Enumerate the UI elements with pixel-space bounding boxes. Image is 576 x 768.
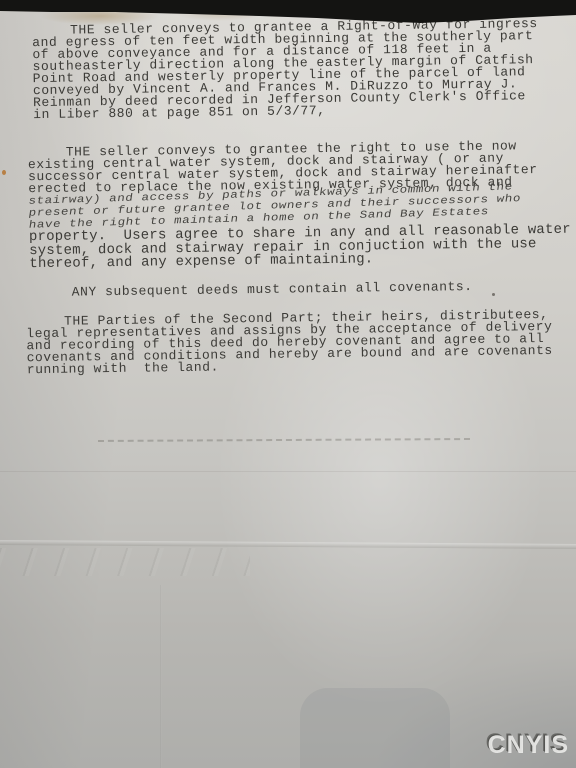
document-photo: THE seller conveys to grantee a Right-of…: [0, 0, 576, 768]
faint-horizontal-crease: [0, 471, 576, 472]
paragraph-right-of-way: THE seller conveys to grantee a Right-of…: [32, 18, 576, 122]
paper-stain-speck: [2, 170, 6, 175]
crinkle-texture: [0, 548, 250, 576]
watermark-cnyis: CNYIS: [488, 731, 569, 760]
paragraph-covenants-clause: ANY subsequent deeds must contain all co…: [34, 279, 576, 299]
faint-dashed-typewriter-line: [98, 438, 470, 442]
vertical-crease: [160, 585, 162, 768]
deed-text: THE seller conveys to grantee a Right-of…: [0, 18, 576, 377]
paragraph-water-system: THE seller conveys to grantee the right …: [28, 140, 576, 272]
paragraph-parties-second-part: THE Parties of the Second Part; their he…: [26, 308, 576, 376]
paper-sheet: THE seller conveys to grantee a Right-of…: [0, 0, 576, 768]
paper-dark-speck: [492, 293, 495, 296]
document-line: ANY subsequent deeds must contain all co…: [34, 279, 576, 299]
corner-shadow-shape: [300, 688, 450, 768]
